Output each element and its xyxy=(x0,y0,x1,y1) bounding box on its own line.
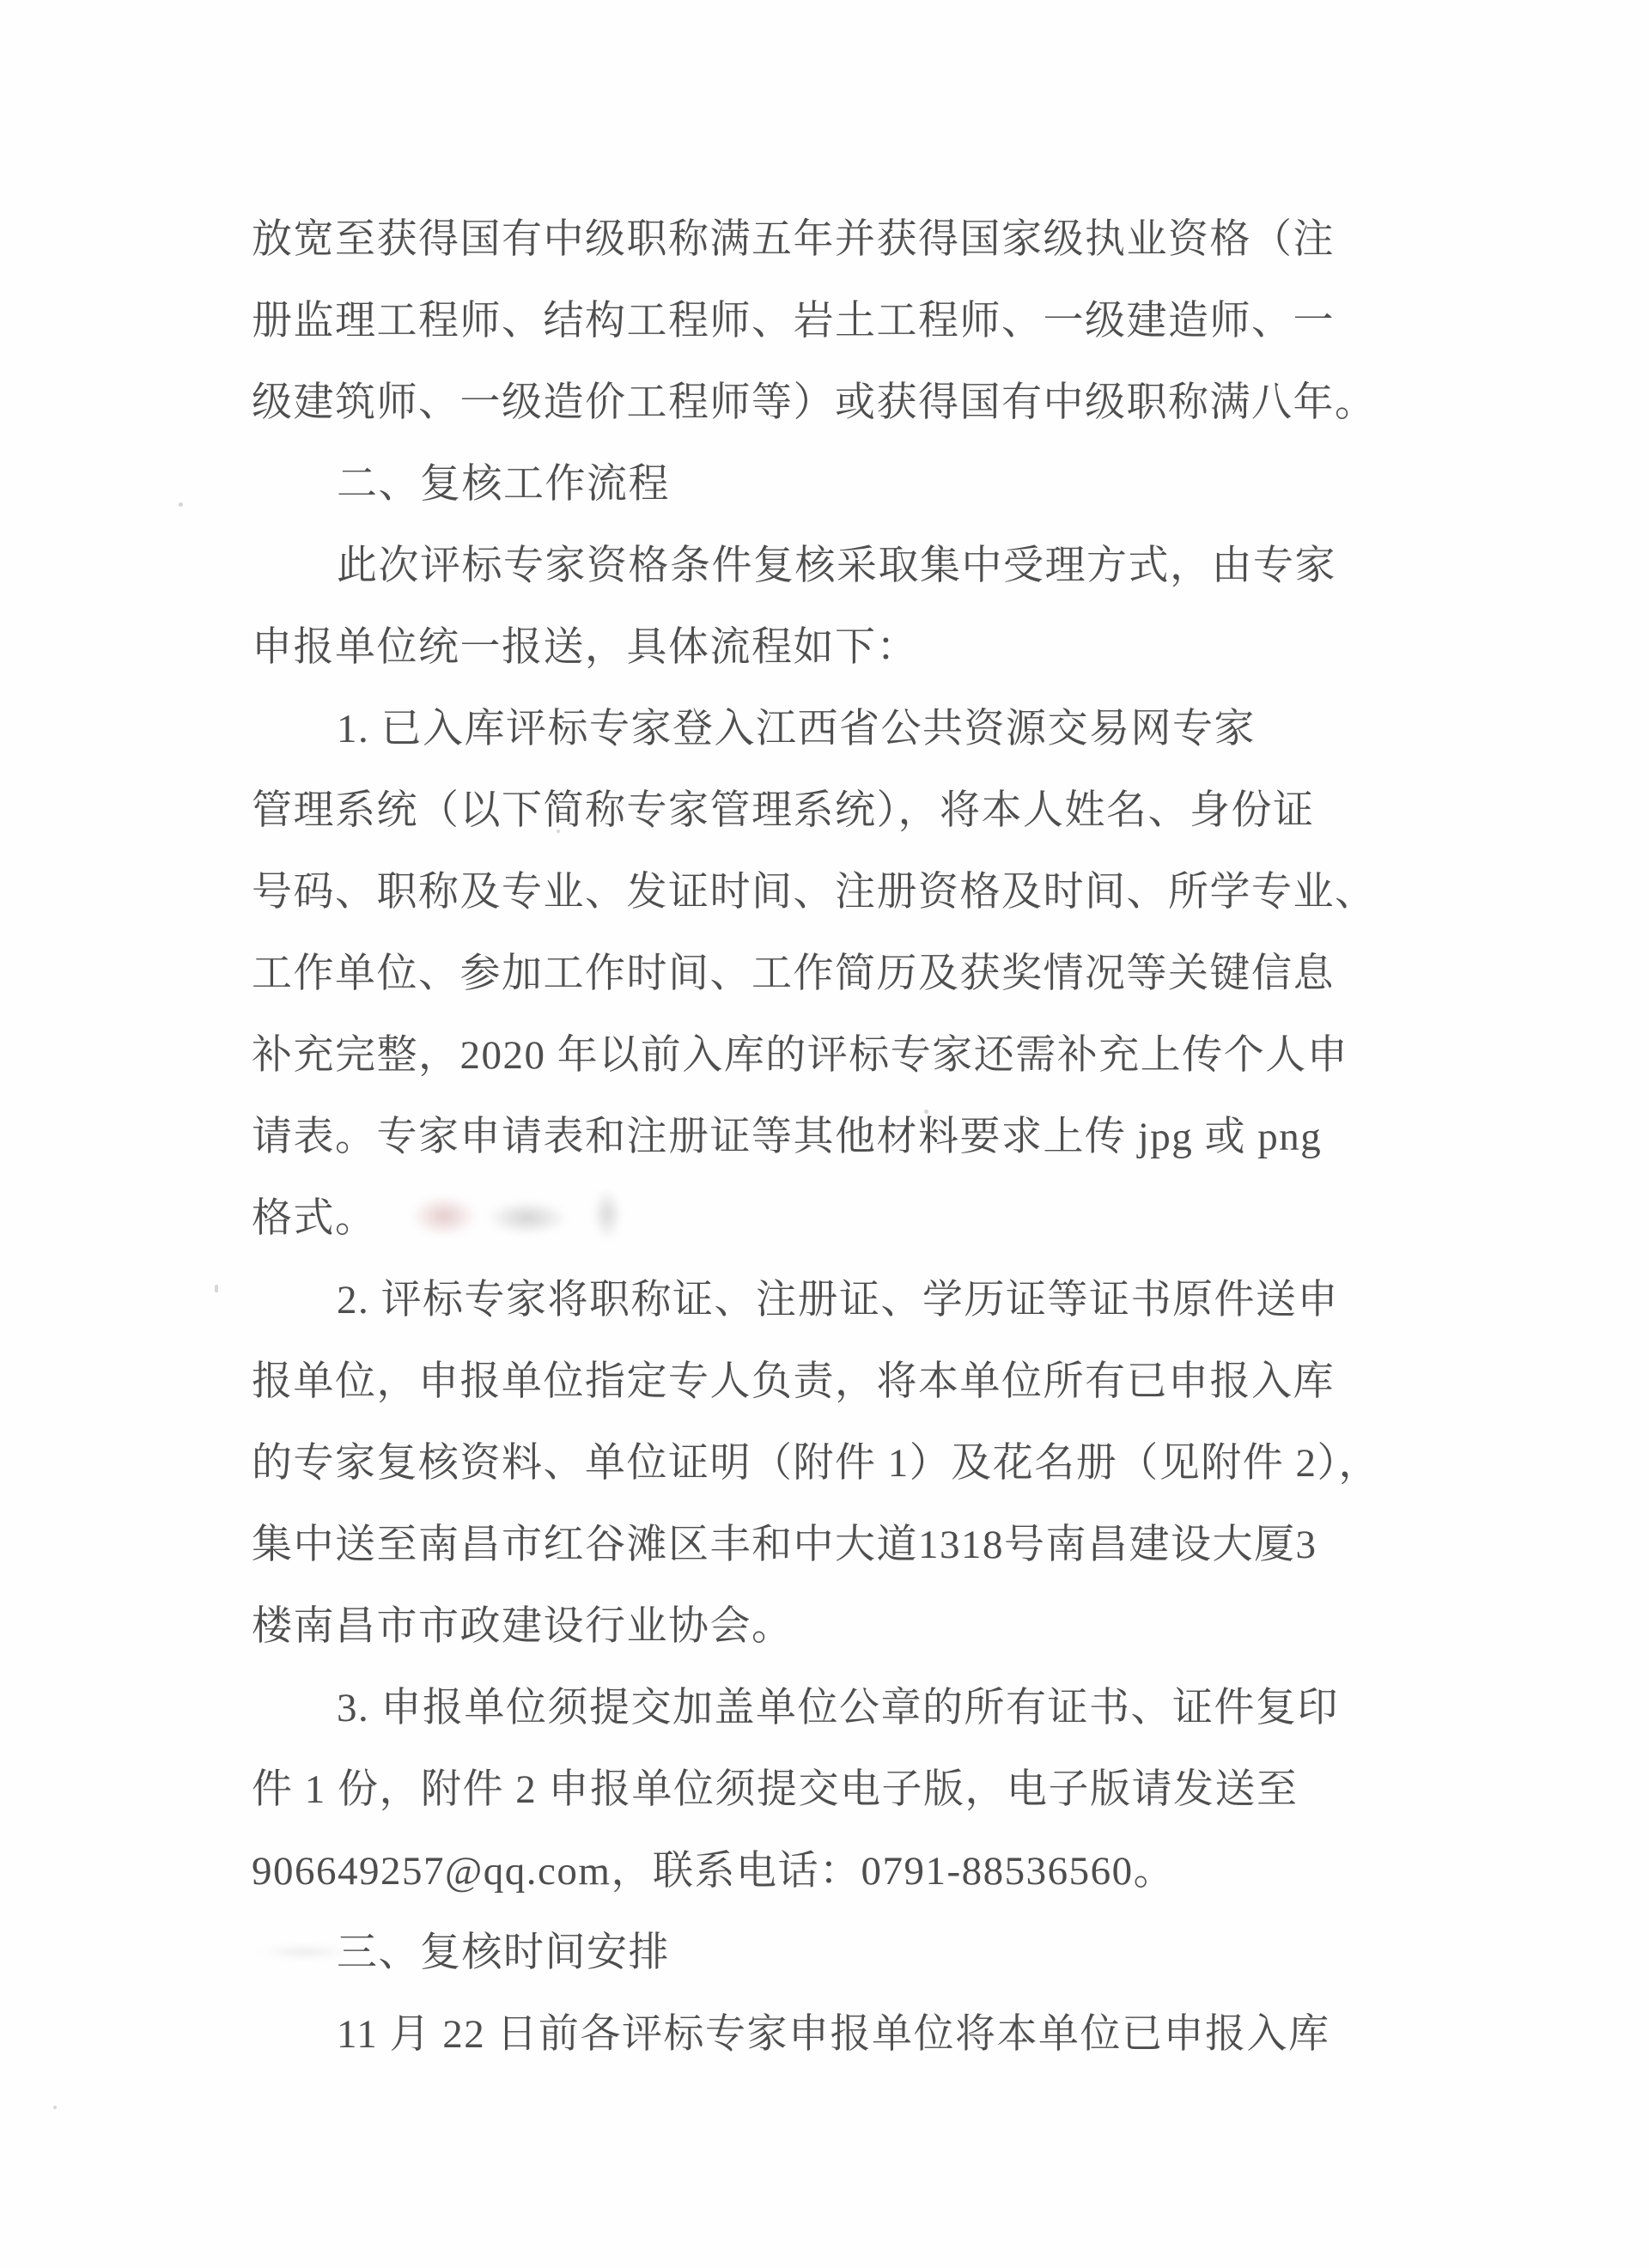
text-line: 件 1 份，附件 2 申报单位须提交电子版，电子版请发送至 xyxy=(252,1749,1360,1831)
text-line: 格式。 xyxy=(252,1178,1360,1260)
text-line: 号码、职称及专业、发证时间、注册资格及时间、所学专业、 xyxy=(252,852,1360,933)
document-text-block: 放宽至获得国有中级职称满五年并获得国家级执业资格（注 册监理工程师、结构工程师、… xyxy=(252,199,1360,2076)
scan-speck xyxy=(215,1285,218,1292)
text-line: 管理系统（以下简称专家管理系统），将本人姓名、身份证 xyxy=(252,770,1360,852)
contact-line: 906649257@qq.com，联系电话：0791-88536560。 xyxy=(252,1831,1360,1912)
text-line: 放宽至获得国有中级职称满五年并获得国家级执业资格（注 xyxy=(252,199,1360,281)
text-line: 2. 评标专家将职称证、注册证、学历证等证书原件送申 xyxy=(252,1260,1360,1341)
text-line: 11 月 22 日前各评标专家申报单位将本单位已申报入库 xyxy=(252,1994,1360,2076)
section-heading: 三、复核时间安排 xyxy=(252,1912,1360,1994)
scanned-document-page: 放宽至获得国有中级职称满五年并获得国家级执业资格（注 册监理工程师、结构工程师、… xyxy=(0,0,1649,2268)
text-line: 1. 已入库评标专家登入江西省公共资源交易网专家 xyxy=(252,689,1360,770)
scan-speck xyxy=(179,502,183,507)
section-heading: 二、复核工作流程 xyxy=(252,444,1360,526)
text-line: 请表。专家申请表和注册证等其他材料要求上传 jpg 或 png xyxy=(252,1097,1360,1178)
text-line: 补充完整，2020 年以前入库的评标专家还需补充上传个人申 xyxy=(252,1015,1360,1097)
text-line: 申报单位统一报送，具体流程如下： xyxy=(252,607,1360,689)
text-line: 的专家复核资料、单位证明（附件 1）及花名册（见附件 2）， xyxy=(252,1423,1360,1505)
text-line: 集中送至南昌市红谷滩区丰和中大道1318号南昌建设大厦3 xyxy=(252,1505,1360,1586)
text-line: 此次评标专家资格条件复核采取集中受理方式，由专家 xyxy=(252,526,1360,607)
scan-speck xyxy=(53,2106,57,2109)
text-line: 工作单位、参加工作时间、工作简历及获奖情况等关键信息 xyxy=(252,933,1360,1015)
text-line: 楼南昌市市政建设行业协会。 xyxy=(252,1586,1360,1668)
text-line: 册监理工程师、结构工程师、岩土工程师、一级建造师、一 xyxy=(252,281,1360,362)
text-line: 级建筑师、一级造价工程师等）或获得国有中级职称满八年。 xyxy=(252,362,1360,444)
text-line: 3. 申报单位须提交加盖单位公章的所有证书、证件复印 xyxy=(252,1668,1360,1749)
text-line: 报单位，申报单位指定专人负责，将本单位所有已申报入库 xyxy=(252,1341,1360,1423)
